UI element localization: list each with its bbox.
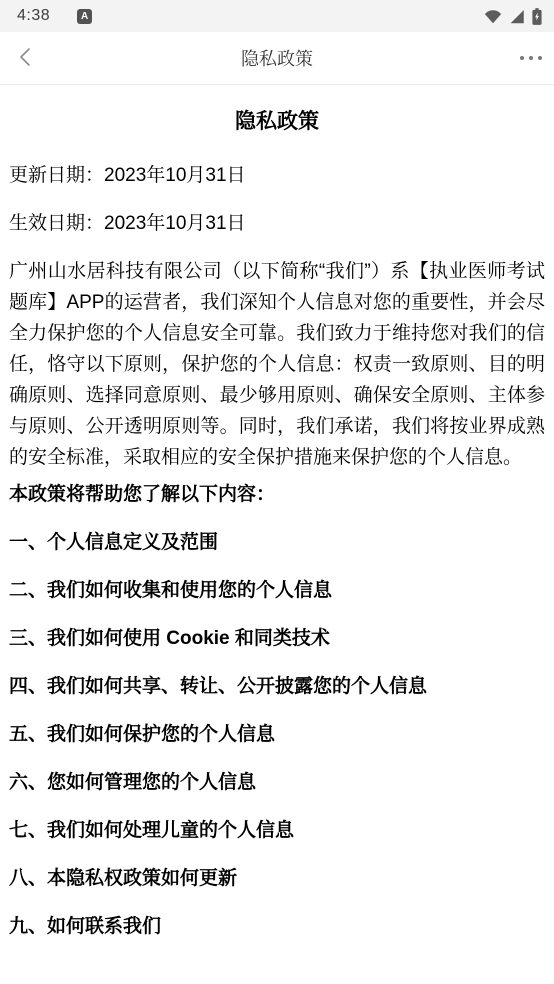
cellular-signal-icon: [509, 9, 525, 24]
status-icons: [484, 8, 542, 25]
battery-charging-icon: [532, 8, 542, 25]
policy-document: 隐私政策 更新日期：2023年10月31日 生效日期：2023年10月31日 广…: [0, 111, 554, 942]
toc-item-2: 二、我们如何收集和使用您的个人信息: [9, 575, 545, 606]
updated-date: 更新日期：2023年10月31日: [9, 160, 545, 191]
nav-bar: 隐私政策: [0, 32, 554, 85]
toc-item-5: 五、我们如何保护您的个人信息: [9, 719, 545, 750]
toc-item-3: 三、我们如何使用 Cookie 和同类技术: [9, 623, 545, 654]
effective-date: 生效日期：2023年10月31日: [9, 208, 545, 239]
toc-heading: 本政策将帮助您了解以下内容：: [9, 479, 545, 510]
toc-item-7: 七、我们如何处理儿童的个人信息: [9, 815, 545, 846]
status-time: 4:38: [17, 7, 50, 25]
toc-item-1: 一、个人信息定义及范围: [9, 527, 545, 558]
notification-app-icon: A: [77, 9, 92, 24]
toc-item-8: 八、本隐私权政策如何更新: [9, 863, 545, 894]
wifi-icon: [484, 9, 502, 24]
ellipsis-icon: [520, 56, 524, 60]
toc-item-9: 九、如何联系我们: [9, 911, 545, 942]
toc-list: 一、个人信息定义及范围 二、我们如何收集和使用您的个人信息 三、我们如何使用 C…: [9, 527, 545, 942]
status-bar: 4:38 A: [0, 0, 554, 32]
page-title: 隐私政策: [0, 45, 554, 71]
intro-paragraph: 广州山水居科技有限公司（以下简称“我们”）系【执业医师考试题库】APP的运营者，…: [9, 256, 545, 473]
toc-item-4: 四、我们如何共享、转让、公开披露您的个人信息: [9, 671, 545, 702]
toc-item-6: 六、您如何管理您的个人信息: [9, 767, 545, 798]
more-options-button[interactable]: [520, 32, 542, 84]
document-title: 隐私政策: [9, 111, 545, 133]
